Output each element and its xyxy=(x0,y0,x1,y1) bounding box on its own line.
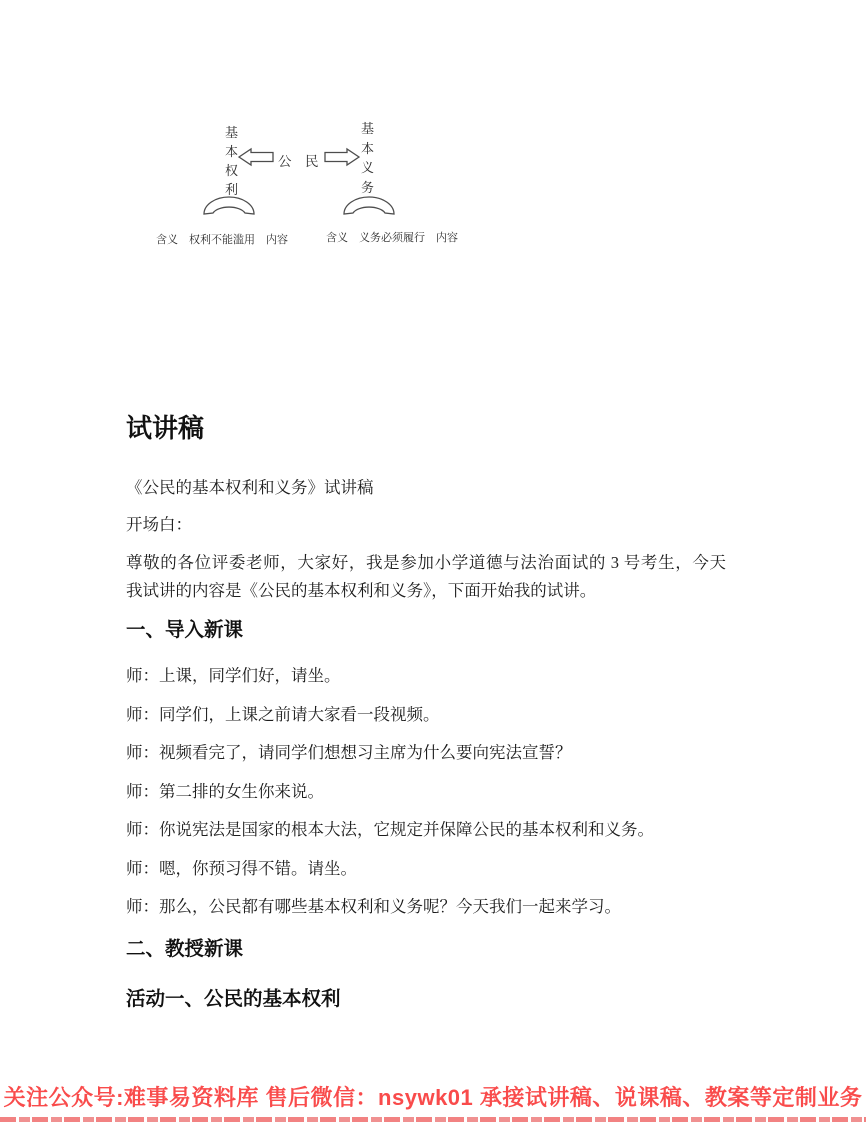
teacher-line: 师：视频看完了，请同学们想想习主席为什么要向宪法宣誓？ xyxy=(126,741,726,764)
teacher-line: 师：上课，同学们好，请坐。 xyxy=(126,664,726,687)
teacher-line: 师：那么，公民都有哪些基本权利和义务呢？今天我们一起来学习。 xyxy=(126,895,726,918)
section-heading-2: 二、教授新课 xyxy=(126,936,243,962)
teacher-line: 师：第二排的女生你来说。 xyxy=(126,780,726,803)
cutoff-text-strip xyxy=(0,1117,866,1122)
teacher-line: 师：你说宪法是国家的根本大法，它规定并保障公民的基本权利和义务。 xyxy=(126,818,726,841)
doc-subtitle: 《公民的基本权利和义务》试讲稿 xyxy=(126,476,726,499)
opening-paragraph-line2: 我试讲的内容是《公民的基本权利和义务》，下面开始我的试讲。 xyxy=(126,579,726,602)
section-heading-1: 一、导入新课 xyxy=(126,617,243,643)
page-title: 试讲稿 xyxy=(126,412,204,444)
footer-promo-text: 关注公众号:难事易资料库 售后微信：nsywk01 承接试讲稿、说课稿、教案等定… xyxy=(4,1085,863,1110)
teacher-line: 师：嗯，你预习得不错。请坐。 xyxy=(126,857,726,880)
document-page: 基本权利 基本义务 公 民 含义 权利不能滥用 内容 含义 义务必须履行 内容 … xyxy=(0,0,866,1122)
footer-banner: 关注公众号:难事易资料库 售后微信：nsywk01 承接试讲稿、说课稿、教案等定… xyxy=(0,1084,866,1112)
activity-heading-1: 活动一、公民的基本权利 xyxy=(126,986,341,1012)
opening-paragraph-line1: 尊敬的各位评委老师，大家好，我是参加小学道德与法治面试的 3 号考生，今天 xyxy=(126,551,726,574)
document-body: 试讲稿 《公民的基本权利和义务》试讲稿 开场白： 尊敬的各位评委老师，大家好，我… xyxy=(0,0,866,1122)
teacher-line: 师：同学们，上课之前请大家看一段视频。 xyxy=(126,703,726,726)
opening-label: 开场白： xyxy=(126,513,726,536)
